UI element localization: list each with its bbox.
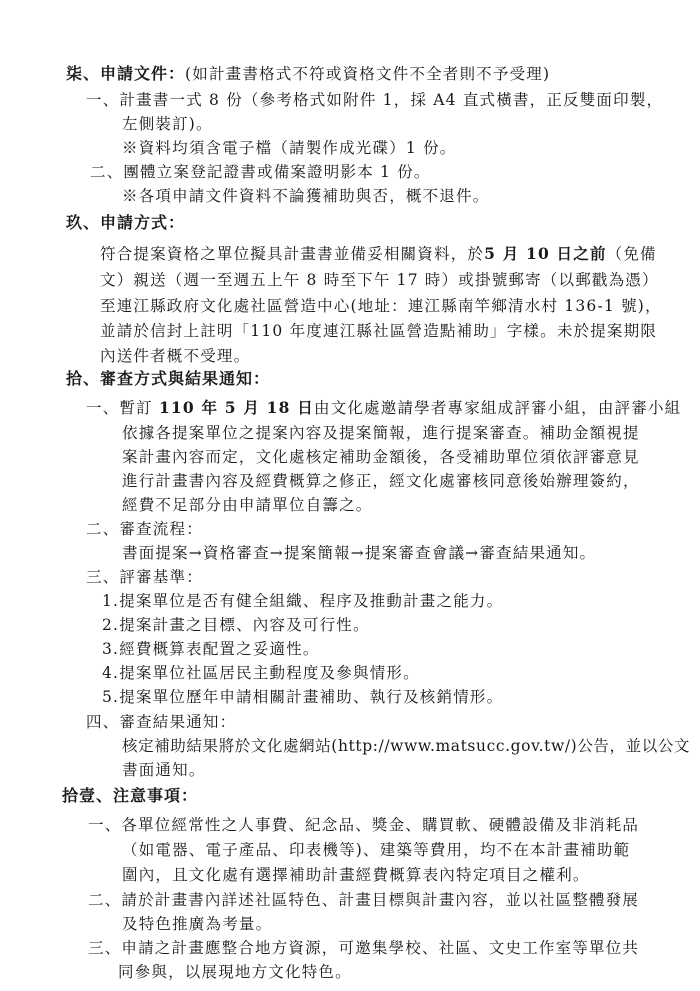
s9-line1-tail: （免備 xyxy=(607,245,657,263)
criteria-item-2: 2.提案計畫之目標、內容及可行性。 xyxy=(102,615,370,635)
s7-item2-note: ※各項申請文件資料不論獲補助與否，概不退件。 xyxy=(122,186,489,206)
s9-deadline: 5 月 10 日之前 xyxy=(484,244,607,263)
s10-review-date: 110 年 5 月 18 日 xyxy=(159,398,314,417)
s7-item1-line2: 左側裝訂)。 xyxy=(122,114,213,134)
s10-item1-prefix: 一、暫訂 xyxy=(86,399,159,417)
s11-item1-line2: （如電器、電子產品、印表機等)、建築等費用，均不在本計畫補助範 xyxy=(122,840,630,860)
s11-item2-line2: 及特色推廣為考量。 xyxy=(122,914,272,934)
section-9-heading: 玖、申請方式： xyxy=(66,213,185,233)
s11-item2-line1: 二、請於計畫書內詳述社區特色、計畫目標與計畫內容，並以社區整體發展 xyxy=(88,890,639,910)
criteria-item-5: 5.提案單位歷年申請相關計畫補助、執行及核銷情形。 xyxy=(102,687,503,707)
s11-item3-line2: 同參與，以展現地方文化特色。 xyxy=(118,962,352,982)
s9-line3: 至連江縣政府文化處社區營造中心(地址：連江縣南竿鄉清水村 136-1 號)， xyxy=(100,296,662,316)
s9-line4: 並請於信封上註明「110 年度連江縣社區營造點補助」字樣。未於提案期限 xyxy=(100,321,657,341)
section-7-note: (如計畫書格式不符或資格文件不全者則不予受理) xyxy=(185,65,550,83)
s10-item4-line2: 書面通知。 xyxy=(122,760,206,780)
s10-item1-line3: 案計畫內容而定，文化處核定補助金額後，各受補助單位須依評審意見 xyxy=(122,447,640,467)
section-7-title: 柒、申請文件： xyxy=(66,64,185,83)
s10-item1-line2: 依據各提案單位之提案內容及提案簡報，進行提案審查。補助金額視提 xyxy=(122,423,640,443)
s7-item1-line1: 一、計畫書一式 8 份（參考格式如附件 1，採 A4 直式橫書，正反雙面印製， xyxy=(86,90,663,110)
s10-item2-title: 二、審查流程： xyxy=(86,519,203,539)
criteria-item-4: 4.提案單位社區居民主動程度及參與情形。 xyxy=(102,663,420,683)
s10-item1-text: 由文化處邀請學者專家組成評審小組，由評審小組 xyxy=(314,399,681,417)
s10-item4-line1: 核定補助結果將於文化處網站(http://www.matsucc.gov.tw/… xyxy=(122,736,690,756)
s10-item1-line1: 一、暫訂 110 年 5 月 18 日由文化處邀請學者專家組成評審小組，由評審小… xyxy=(86,398,681,418)
document-page: 柒、申請文件：(如計畫書格式不符或資格文件不全者則不予受理) 一、計畫書一式 8… xyxy=(0,0,700,991)
s9-line1: 符合提案資格之單位擬具計畫書並備妥相關資料，於5 月 10 日之前（免備 xyxy=(100,244,657,264)
criteria-item-3: 3.經費概算表配置之妥適性。 xyxy=(102,639,320,659)
s10-review-flow: 書面提案→資格審查→提案簡報→提案審查會議→審查結果通知。 xyxy=(122,543,596,563)
s10-item1-line4: 進行計畫書內容及經費概算之修正，經文化處審核同意後始辦理簽約， xyxy=(122,471,640,491)
s9-line5: 內送件者概不受理。 xyxy=(100,346,250,366)
s10-item1-line5: 經費不足部分由申請單位自籌之。 xyxy=(122,495,373,515)
section-10-heading: 拾、審查方式與結果通知： xyxy=(66,369,270,389)
s10-item3-title: 三、評審基準： xyxy=(86,567,203,587)
s10-item4-title: 四、審查結果通知： xyxy=(86,712,236,732)
section-7-heading: 柒、申請文件：(如計畫書格式不符或資格文件不全者則不予受理) xyxy=(66,64,550,84)
s9-line2: 文）親送（週一至週五上午 8 時至下午 17 時）或掛號郵寄（以郵戳為憑） xyxy=(100,270,659,290)
s11-item3-line1: 三、申請之計畫應整合地方資源，可邀集學校、社區、文史工作室等單位共 xyxy=(88,938,639,958)
s11-item1-line1: 一、各單位經常性之人事費、紀念品、獎金、購買軟、硬體設備及非消耗品 xyxy=(88,815,639,835)
s7-item1-note: ※資料均須含電子檔（請製作成光碟）1 份。 xyxy=(122,138,457,158)
s7-item2-line1: 二、團體立案登記證書或備案證明影本 1 份。 xyxy=(90,162,431,182)
s11-item1-line3: 圍內，且文化處有選擇補助計畫經費概算表內特定項目之權利。 xyxy=(122,865,590,885)
section-11-heading: 拾壹、注意事項： xyxy=(62,786,198,806)
s9-line1-text: 符合提案資格之單位擬具計畫書並備妥相關資料，於 xyxy=(100,245,484,263)
criteria-item-1: 1.提案單位是否有健全組織、程序及推動計畫之能力。 xyxy=(102,591,503,611)
